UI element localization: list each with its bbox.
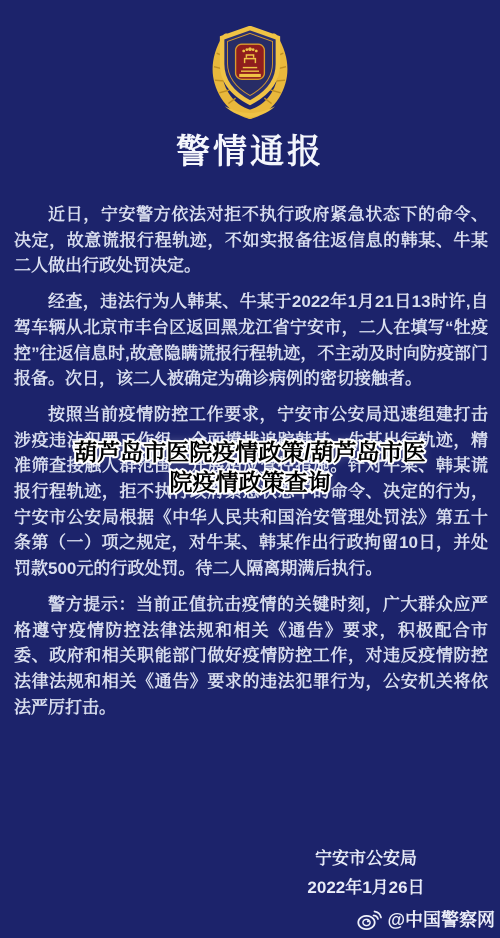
notice-paragraph-4: 警方提示：当前正值抗击疫情的关键时刻，广大群众应严格遵守疫情防控法律法规和相关《… [14,592,488,721]
police-notice-poster: 警情通报 近日，宁安警方依法对拒不执行政府紧急状态下的命令、决定，故意谎报行程轨… [0,0,500,938]
overlay-caption-line-2: 院疫情政策查询 [0,467,500,497]
notice-paragraph-1: 近日，宁安警方依法对拒不执行政府紧急状态下的命令、决定，故意谎报行程轨迹，不如实… [14,202,488,279]
watermark: @中国警察网 [356,906,495,932]
overlay-caption-line-1: 葫芦岛市医院疫情政策/葫芦岛市医 [0,437,500,467]
issuing-authority: 宁安市公安局 [233,844,499,873]
notice-title: 警情通报 [0,124,500,173]
overlay-caption: 葫芦岛市医院疫情政策/葫芦岛市医 院疫情政策查询 [0,437,500,497]
weibo-icon [356,907,382,931]
watermark-text: @中国警察网 [387,906,495,932]
police-badge-icon [205,26,295,120]
signature-block: 宁安市公安局 2022年1月26日 [233,844,499,902]
issue-date: 2022年1月26日 [233,873,499,902]
notice-paragraph-2: 经查，违法行为人韩某、牛某于2022年1月21日13时许,自驾车辆从北京市丰台区… [14,289,488,392]
